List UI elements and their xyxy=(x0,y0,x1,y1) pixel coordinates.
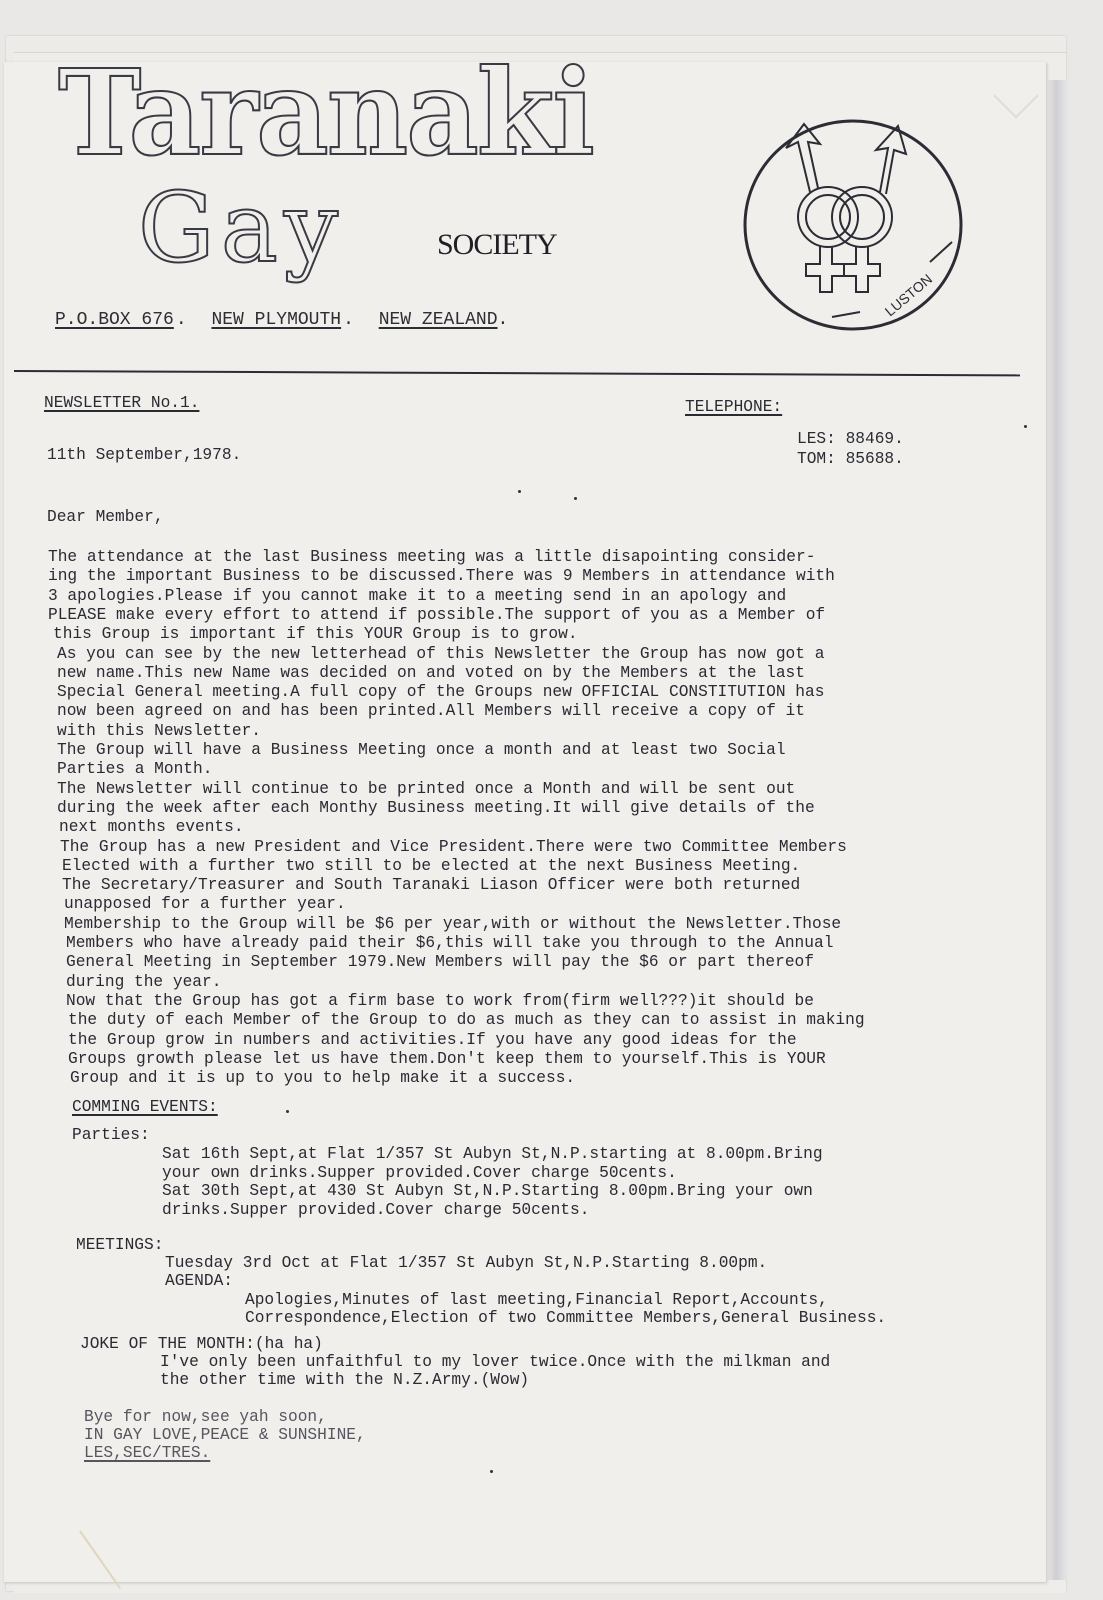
address-city: NEW PLYMOUTH xyxy=(211,310,341,330)
joke-line: I've only been unfaithful to my lover tw… xyxy=(160,1353,830,1373)
address-po-box: P.O.BOX 676 xyxy=(55,310,174,330)
body-line: unapposed for a further year. xyxy=(64,895,346,915)
body-line: Special General meeting.A full copy of t… xyxy=(57,683,824,703)
address-country: NEW ZEALAND xyxy=(379,310,498,330)
body-line: Membership to the Group will be $6 per y… xyxy=(64,915,841,935)
body-line: with this Newsletter. xyxy=(57,722,261,742)
party-line: Sat 16th Sept,at Flat 1/357 St Aubyn St,… xyxy=(162,1145,823,1165)
newsletter-date: 11th September,1978. xyxy=(47,446,241,466)
body-line: the Group grow in numbers and activities… xyxy=(68,1031,797,1051)
page-stack-edge xyxy=(1048,80,1068,1580)
body-line: during the week after each Monthy Busine… xyxy=(57,799,815,819)
signoff-line: Bye for now,see yah soon, xyxy=(84,1408,327,1428)
meeting-line: Tuesday 3rd Oct at Flat 1/357 St Aubyn S… xyxy=(165,1254,767,1274)
agenda-line: Apologies,Minutes of last meeting,Financ… xyxy=(245,1291,828,1311)
interlocked-male-female-symbols-logo-icon: LUSTON xyxy=(740,112,966,338)
body-line: Group and it is up to you to help make i… xyxy=(70,1069,575,1089)
body-line: during the year. xyxy=(66,973,221,993)
telephone-les: LES: 88469. xyxy=(797,430,904,450)
letterhead-title-society: SOCIETY xyxy=(437,228,557,262)
body-line: Now that the Group has got a firm base t… xyxy=(66,992,814,1012)
joke-line: the other time with the N.Z.Army.(Wow) xyxy=(160,1371,529,1391)
body-line: Elected with a further two still to be e… xyxy=(62,857,800,877)
body-line: As you can see by the new letterhead of … xyxy=(57,645,824,665)
body-line: 3 apologies.Please if you cannot make it… xyxy=(48,587,786,607)
body-line: this Group is important if this YOUR Gro… xyxy=(53,625,578,645)
telephone-tom: TOM: 85688. xyxy=(797,450,904,470)
logo-signature: LUSTON xyxy=(882,271,936,320)
body-line: ing the important Business to be discuss… xyxy=(48,567,835,587)
salutation: Dear Member, xyxy=(47,508,164,528)
signoff-line: IN GAY LOVE,PEACE & SUNSHINE, xyxy=(84,1426,366,1446)
letterhead-title-taranaki: Taranaki xyxy=(58,55,593,173)
body-line: Groups growth please let us have them.Do… xyxy=(68,1050,826,1070)
body-line: Parties a Month. xyxy=(57,760,212,780)
body-line: The Newsletter will continue to be print… xyxy=(57,780,795,800)
meetings-label: MEETINGS: xyxy=(76,1236,163,1256)
signoff-signature: LES,SEC/TRES. xyxy=(84,1444,210,1464)
body-line: General Meeting in September 1979.New Me… xyxy=(66,953,814,973)
agenda-line: Correspondence,Election of two Committee… xyxy=(245,1309,886,1329)
party-line: your own drinks.Supper provided.Cover ch… xyxy=(162,1164,677,1184)
letterhead-address: P.O.BOX 676. NEW PLYMOUTH. NEW ZEALAND. xyxy=(55,310,508,330)
body-line: PLEASE make every effort to attend if po… xyxy=(48,606,825,626)
telephone-label: TELEPHONE: xyxy=(685,398,782,418)
letterhead-title-gay: Gay xyxy=(138,180,344,276)
parties-label: Parties: xyxy=(72,1126,150,1146)
body-line: The attendance at the last Business meet… xyxy=(48,548,815,568)
newsletter-number: NEWSLETTER No.1. xyxy=(44,394,199,414)
joke-label: JOKE OF THE MONTH:(ha ha) xyxy=(80,1335,323,1355)
agenda-label: AGENDA: xyxy=(165,1272,233,1292)
body-line: The Group has a new President and Vice P… xyxy=(60,838,847,858)
body-line: next months events. xyxy=(59,818,244,838)
body-line: the duty of each Member of the Group to … xyxy=(68,1011,865,1031)
comming-events-heading: COMMING EVENTS: xyxy=(72,1098,218,1118)
body-line: Members who have already paid their $6,t… xyxy=(66,934,833,954)
body-line: now been agreed on and has been printed.… xyxy=(57,702,805,722)
party-line: drinks.Supper provided.Cover charge 50ce… xyxy=(162,1201,589,1221)
body-line: new name.This new Name was decided on an… xyxy=(57,664,805,684)
body-line: The Secretary/Treasurer and South Tarana… xyxy=(62,876,800,896)
party-line: Sat 30th Sept,at 430 St Aubyn St,N.P.Sta… xyxy=(162,1182,813,1202)
body-line: The Group will have a Business Meeting o… xyxy=(57,741,786,761)
